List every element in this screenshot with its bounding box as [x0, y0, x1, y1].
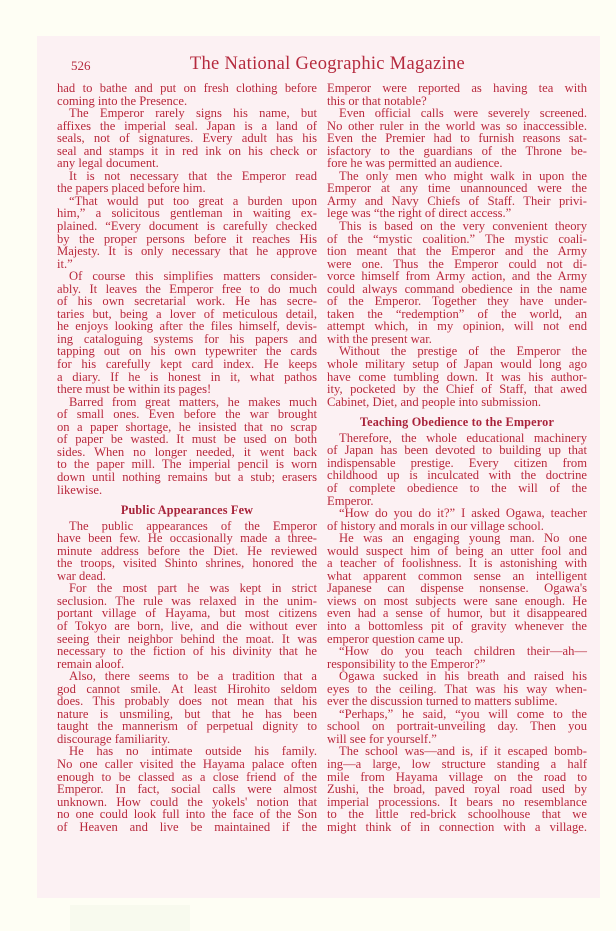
text-line: Of course this simplifies matters consid…	[57, 270, 317, 283]
text-line: does. This probably does not mean that h…	[57, 695, 317, 708]
text-line: for his carefully kept card index. He ke…	[57, 358, 317, 371]
text-line: taught the mannerism of perpetual dignit…	[57, 720, 317, 733]
text-line: For the most part he was kept in strict	[57, 582, 317, 595]
text-line: a teacher of foolishness. It is astonish…	[327, 557, 587, 570]
paragraph: This is based on the very convenient the…	[327, 220, 587, 345]
scan-artifact	[70, 905, 190, 931]
magazine-page: 526 The National Geographic Magazine had…	[37, 36, 600, 898]
paragraph: “That would put too great a burden uponh…	[57, 195, 317, 270]
text-line: Cabinet, Diet, and people into submissio…	[327, 396, 587, 409]
paragraph: “How do you do it?” I asked Ogawa, teach…	[327, 507, 587, 532]
text-line: Zushi, the broad, paved royal road used …	[327, 783, 587, 796]
text-line: “How do you do it?” I asked Ogawa, teach…	[327, 507, 587, 520]
paragraph: “Perhaps,” he said, “you will come to th…	[327, 708, 587, 746]
paragraph: For the most part he was kept in stricts…	[57, 582, 317, 670]
paragraph: He was an engaging young man. No onewoul…	[327, 532, 587, 645]
text-line: This is based on the very convenient the…	[327, 220, 587, 233]
text-line: there must be within its pages!	[57, 383, 317, 396]
text-line: of Heaven and live be maintained if the	[57, 821, 317, 834]
text-line: of Tokyo are born, live, and die without…	[57, 620, 317, 633]
text-line: the troops, visited Shinto shrines, hono…	[57, 557, 317, 570]
paragraph: The only men who might walk in upon theE…	[327, 170, 587, 220]
text-line: plained. “Every document is carefully ch…	[57, 220, 317, 233]
text-line: school on portrait-unveiling day. Then y…	[327, 720, 587, 733]
text-line: of Japan has been devoted to building up…	[327, 444, 587, 457]
text-line: might think of in connection with a vill…	[327, 821, 587, 834]
paragraph: It is not necessary that the Emperor rea…	[57, 170, 317, 195]
text-line: ever the discussion turned to matters su…	[327, 695, 587, 708]
text-line: ing—a large, low structure standing a ha…	[327, 758, 587, 771]
paragraph: The public appearances of the Emperorhav…	[57, 520, 317, 583]
text-line: whole military setup of Japan would long…	[327, 358, 587, 371]
text-line: likewise.	[57, 484, 317, 497]
running-title: The National Geographic Magazine	[37, 54, 600, 75]
text-line: into a bottomless pit of gravity wheneve…	[327, 620, 587, 633]
text-line: Emperor. In fact, social calls were almo…	[57, 783, 317, 796]
paragraph: Therefore, the whole educational machine…	[327, 432, 587, 507]
text-line: tion meant that the Emperor and the Army	[327, 245, 587, 258]
paragraph: had to bathe and put on fresh clothing b…	[57, 82, 317, 107]
paragraph: “How do you teach children their—ah—resp…	[327, 645, 587, 670]
text-line: to the little red-brick schoolhouse that…	[327, 808, 587, 821]
text-line: down until nothing remains but a stub; e…	[57, 471, 317, 484]
right-column: Emperor were reported as having tea with…	[327, 82, 587, 833]
text-line: Also, there seems to be a tradition that…	[57, 670, 317, 683]
text-line: Ogawa sucked in his breath and raised hi…	[327, 670, 587, 683]
paragraph: Even official calls were severely screen…	[327, 107, 587, 170]
text-line: seals, not of signatures. Every adult ha…	[57, 132, 317, 145]
paragraph: The school was—and is, if it escaped bom…	[327, 745, 587, 833]
text-line: Japanese can dispense nonsense. Ogawa's	[327, 582, 587, 595]
paragraph: Ogawa sucked in his breath and raised hi…	[327, 670, 587, 708]
text-line: “How do you teach children their—ah—	[327, 645, 587, 658]
text-line: any legal document.	[57, 157, 317, 170]
paragraph: Barred from great matters, he makes much…	[57, 396, 317, 496]
text-line: Even the Premier had to furnish reasons …	[327, 132, 587, 145]
text-line: Even official calls were severely screen…	[327, 107, 587, 120]
text-line: No one caller visited the Hayama palace …	[57, 758, 317, 771]
text-line: The Emperor rarely signs his name, but	[57, 107, 317, 120]
text-line: Emperor were reported as having tea with	[327, 82, 587, 95]
text-line: of paper be wasted. It must be used on b…	[57, 433, 317, 446]
paragraph: The Emperor rarely signs his name, butaf…	[57, 107, 317, 170]
paragraph: Without the prestige of the Emperor thew…	[327, 345, 587, 408]
text-line: necessary to the fiction of his divinity…	[57, 645, 317, 658]
section-heading: Teaching Obedience to the Emperor	[327, 416, 587, 429]
paragraph: Also, there seems to be a tradition that…	[57, 670, 317, 745]
section-heading: Public Appearances Few	[57, 504, 317, 517]
text-line: of complete obedience to the will of the	[327, 482, 587, 495]
text-line: Majesty. It is only necessary that he ap…	[57, 245, 317, 258]
text-line: ity, pocketed by the Chief of Staff, tha…	[327, 383, 587, 396]
text-line: had to bathe and put on fresh clothing b…	[57, 82, 317, 95]
text-line: fore he was permitted an audience.	[327, 157, 587, 170]
text-line: vorce himself from Army action, and the …	[327, 270, 587, 283]
text-line: no one could look full into the face of …	[57, 808, 317, 821]
paragraph: Emperor were reported as having tea with…	[327, 82, 587, 107]
text-line: of the Emperor. Together they have under…	[327, 295, 587, 308]
paragraph: Of course this simplifies matters consid…	[57, 270, 317, 395]
text-line: of his own secretarial work. He has secr…	[57, 295, 317, 308]
text-line: of small ones. Even before the war broug…	[57, 408, 317, 421]
left-column: had to bathe and put on fresh clothing b…	[57, 82, 317, 833]
text-line: He was an engaging young man. No one	[327, 532, 587, 545]
paragraph: He has no intimate outside his family.No…	[57, 745, 317, 833]
text-line: have been few. He occasionally made a th…	[57, 532, 317, 545]
